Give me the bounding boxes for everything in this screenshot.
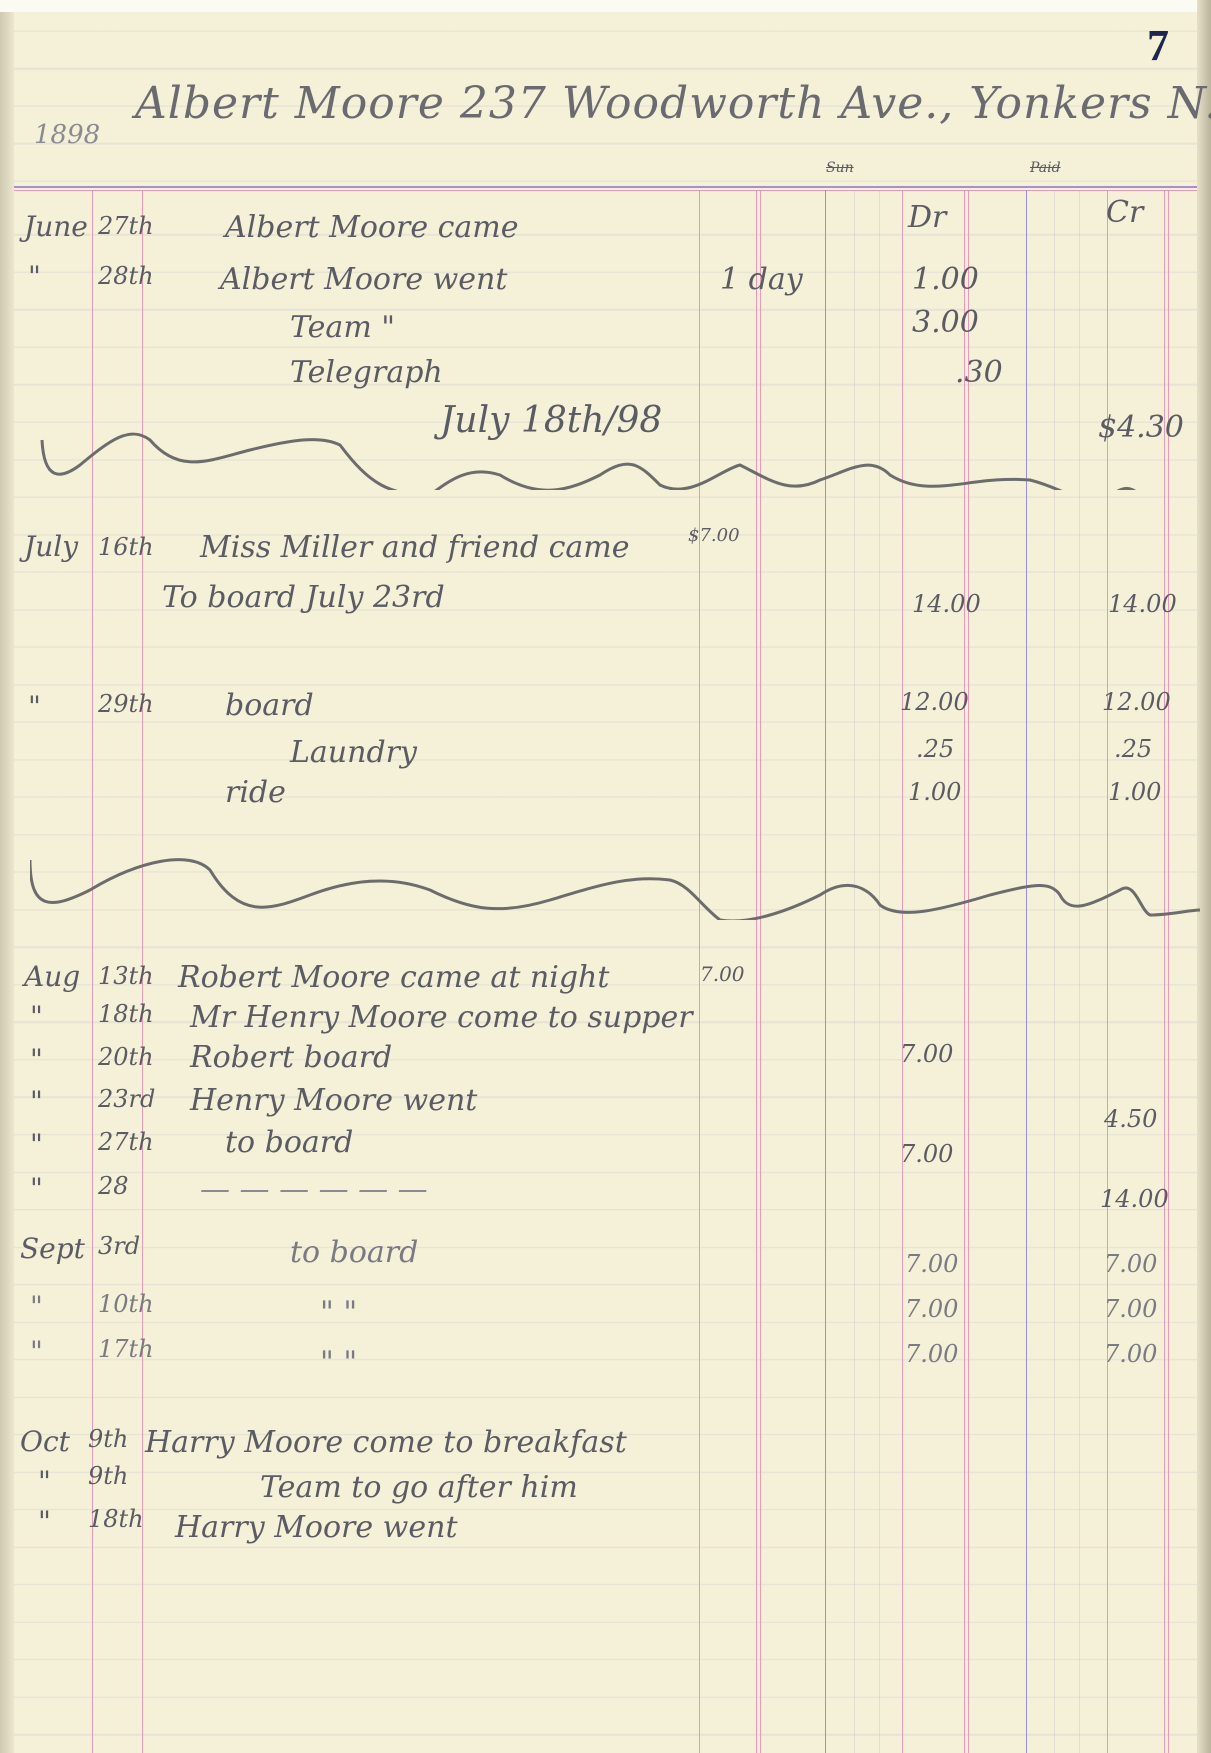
credit-amount: 4.50 (1104, 1105, 1157, 1133)
entry-day: 17th (98, 1335, 154, 1363)
credit-amount: 14.00 (1100, 1185, 1169, 1213)
entry-quantity: 1 day (720, 262, 803, 297)
entry-text: Robert Moore came at night (178, 960, 609, 995)
scan-border (0, 0, 1211, 12)
entry-month: " (38, 1505, 51, 1538)
entry-month: July (24, 530, 78, 563)
credit-label: Cr (1106, 195, 1143, 230)
entry-note: 7.00 (700, 962, 745, 986)
entry-day: 29th (98, 690, 154, 718)
entry-day: 28th (98, 262, 154, 290)
page-number: 7 (1147, 20, 1169, 71)
debit-amount: 7.00 (900, 1140, 953, 1168)
entry-day: 3rd (98, 1232, 140, 1260)
entry-text: Mr Henry Moore come to supper (190, 1000, 693, 1035)
entry-text: Team " (290, 310, 395, 345)
header-rule-pink (14, 190, 1197, 191)
entry-day: 18th (98, 1000, 154, 1028)
entry-text: Albert Moore went (220, 262, 507, 297)
entry-day: 16th (98, 533, 154, 561)
entry-day: 23rd (98, 1085, 155, 1113)
entry-day: 20th (98, 1043, 154, 1071)
debit-amount: 7.00 (905, 1340, 958, 1368)
section-divider (30, 850, 1200, 920)
debit-amount: .25 (916, 735, 954, 763)
section-divider (30, 420, 1200, 490)
entry-text: Harry Moore come to breakfast (145, 1425, 627, 1460)
struck-mark: Paid (1030, 160, 1061, 176)
credit-amount: 7.00 (1104, 1340, 1157, 1368)
debit-amount: 3.00 (912, 305, 979, 340)
entry-day: 27th (98, 1128, 154, 1156)
debit-amount: 1.00 (908, 778, 961, 806)
entry-note: $7.00 (688, 525, 740, 546)
header-rule (14, 186, 1197, 188)
entry-text: Henry Moore went (190, 1083, 477, 1118)
credit-amount: 12.00 (1102, 688, 1171, 716)
credit-amount: 7.00 (1104, 1295, 1157, 1323)
entry-text: Laundry (290, 735, 417, 770)
credit-amount: .25 (1114, 735, 1152, 763)
credit-amount: 1.00 (1108, 778, 1161, 806)
credit-amount: 7.00 (1104, 1250, 1157, 1278)
debit-amount: 12.00 (900, 688, 969, 716)
debit-amount: 14.00 (912, 590, 981, 618)
entry-day: 9th (88, 1462, 128, 1490)
entry-text: " " (320, 1345, 357, 1380)
entry-month: " (38, 1465, 51, 1498)
debit-amount: .30 (955, 355, 1003, 390)
entry-day: 18th (88, 1505, 144, 1533)
entry-text: to board (225, 1125, 353, 1160)
entry-month: June (24, 210, 88, 243)
entry-month: Sept (20, 1232, 85, 1265)
entry-day: 9th (88, 1425, 128, 1453)
entry-text: ride (225, 775, 286, 810)
year-label: 1898 (34, 120, 100, 150)
entry-text: board (225, 688, 314, 723)
entry-month: " (30, 1172, 43, 1205)
debit-amount: 7.00 (905, 1295, 958, 1323)
entry-text: Team to go after him (260, 1470, 578, 1505)
entry-day: 27th (98, 212, 154, 240)
debit-amount: 7.00 (900, 1040, 953, 1068)
entry-month: " (28, 690, 41, 723)
struck-mark: Sun (826, 160, 854, 176)
entry-month: Oct (20, 1425, 70, 1458)
entry-month: " (30, 1290, 43, 1323)
dash-line: — — — — — — (200, 1172, 428, 1207)
entry-month: " (30, 1085, 43, 1118)
entry-day: 28 (98, 1172, 129, 1200)
entry-text: Harry Moore went (175, 1510, 458, 1545)
debit-label: Dr (908, 200, 946, 235)
entry-day: 13th (98, 962, 154, 990)
entry-month: " (28, 260, 41, 293)
account-title: Albert Moore 237 Woodworth Ave., Yonkers… (135, 78, 1211, 129)
entry-text: Miss Miller and friend came (200, 530, 629, 565)
entry-month: " (30, 1000, 43, 1033)
entry-month: " (30, 1043, 43, 1076)
page-binding (0, 0, 14, 1753)
entry-month: " (30, 1128, 43, 1161)
debit-amount: 1.00 (912, 262, 979, 297)
entry-text: " " (320, 1295, 357, 1330)
entry-text: Albert Moore came (225, 210, 519, 245)
entry-text: To board July 23rd (162, 580, 445, 615)
entry-month: " (30, 1335, 43, 1368)
entry-text: Robert board (190, 1040, 392, 1075)
entry-month: Aug (24, 960, 80, 993)
debit-amount: 7.00 (905, 1250, 958, 1278)
entry-text: to board (290, 1235, 418, 1270)
credit-amount: 14.00 (1108, 590, 1177, 618)
entry-day: 10th (98, 1290, 154, 1318)
entry-text: Telegraph (290, 355, 443, 390)
